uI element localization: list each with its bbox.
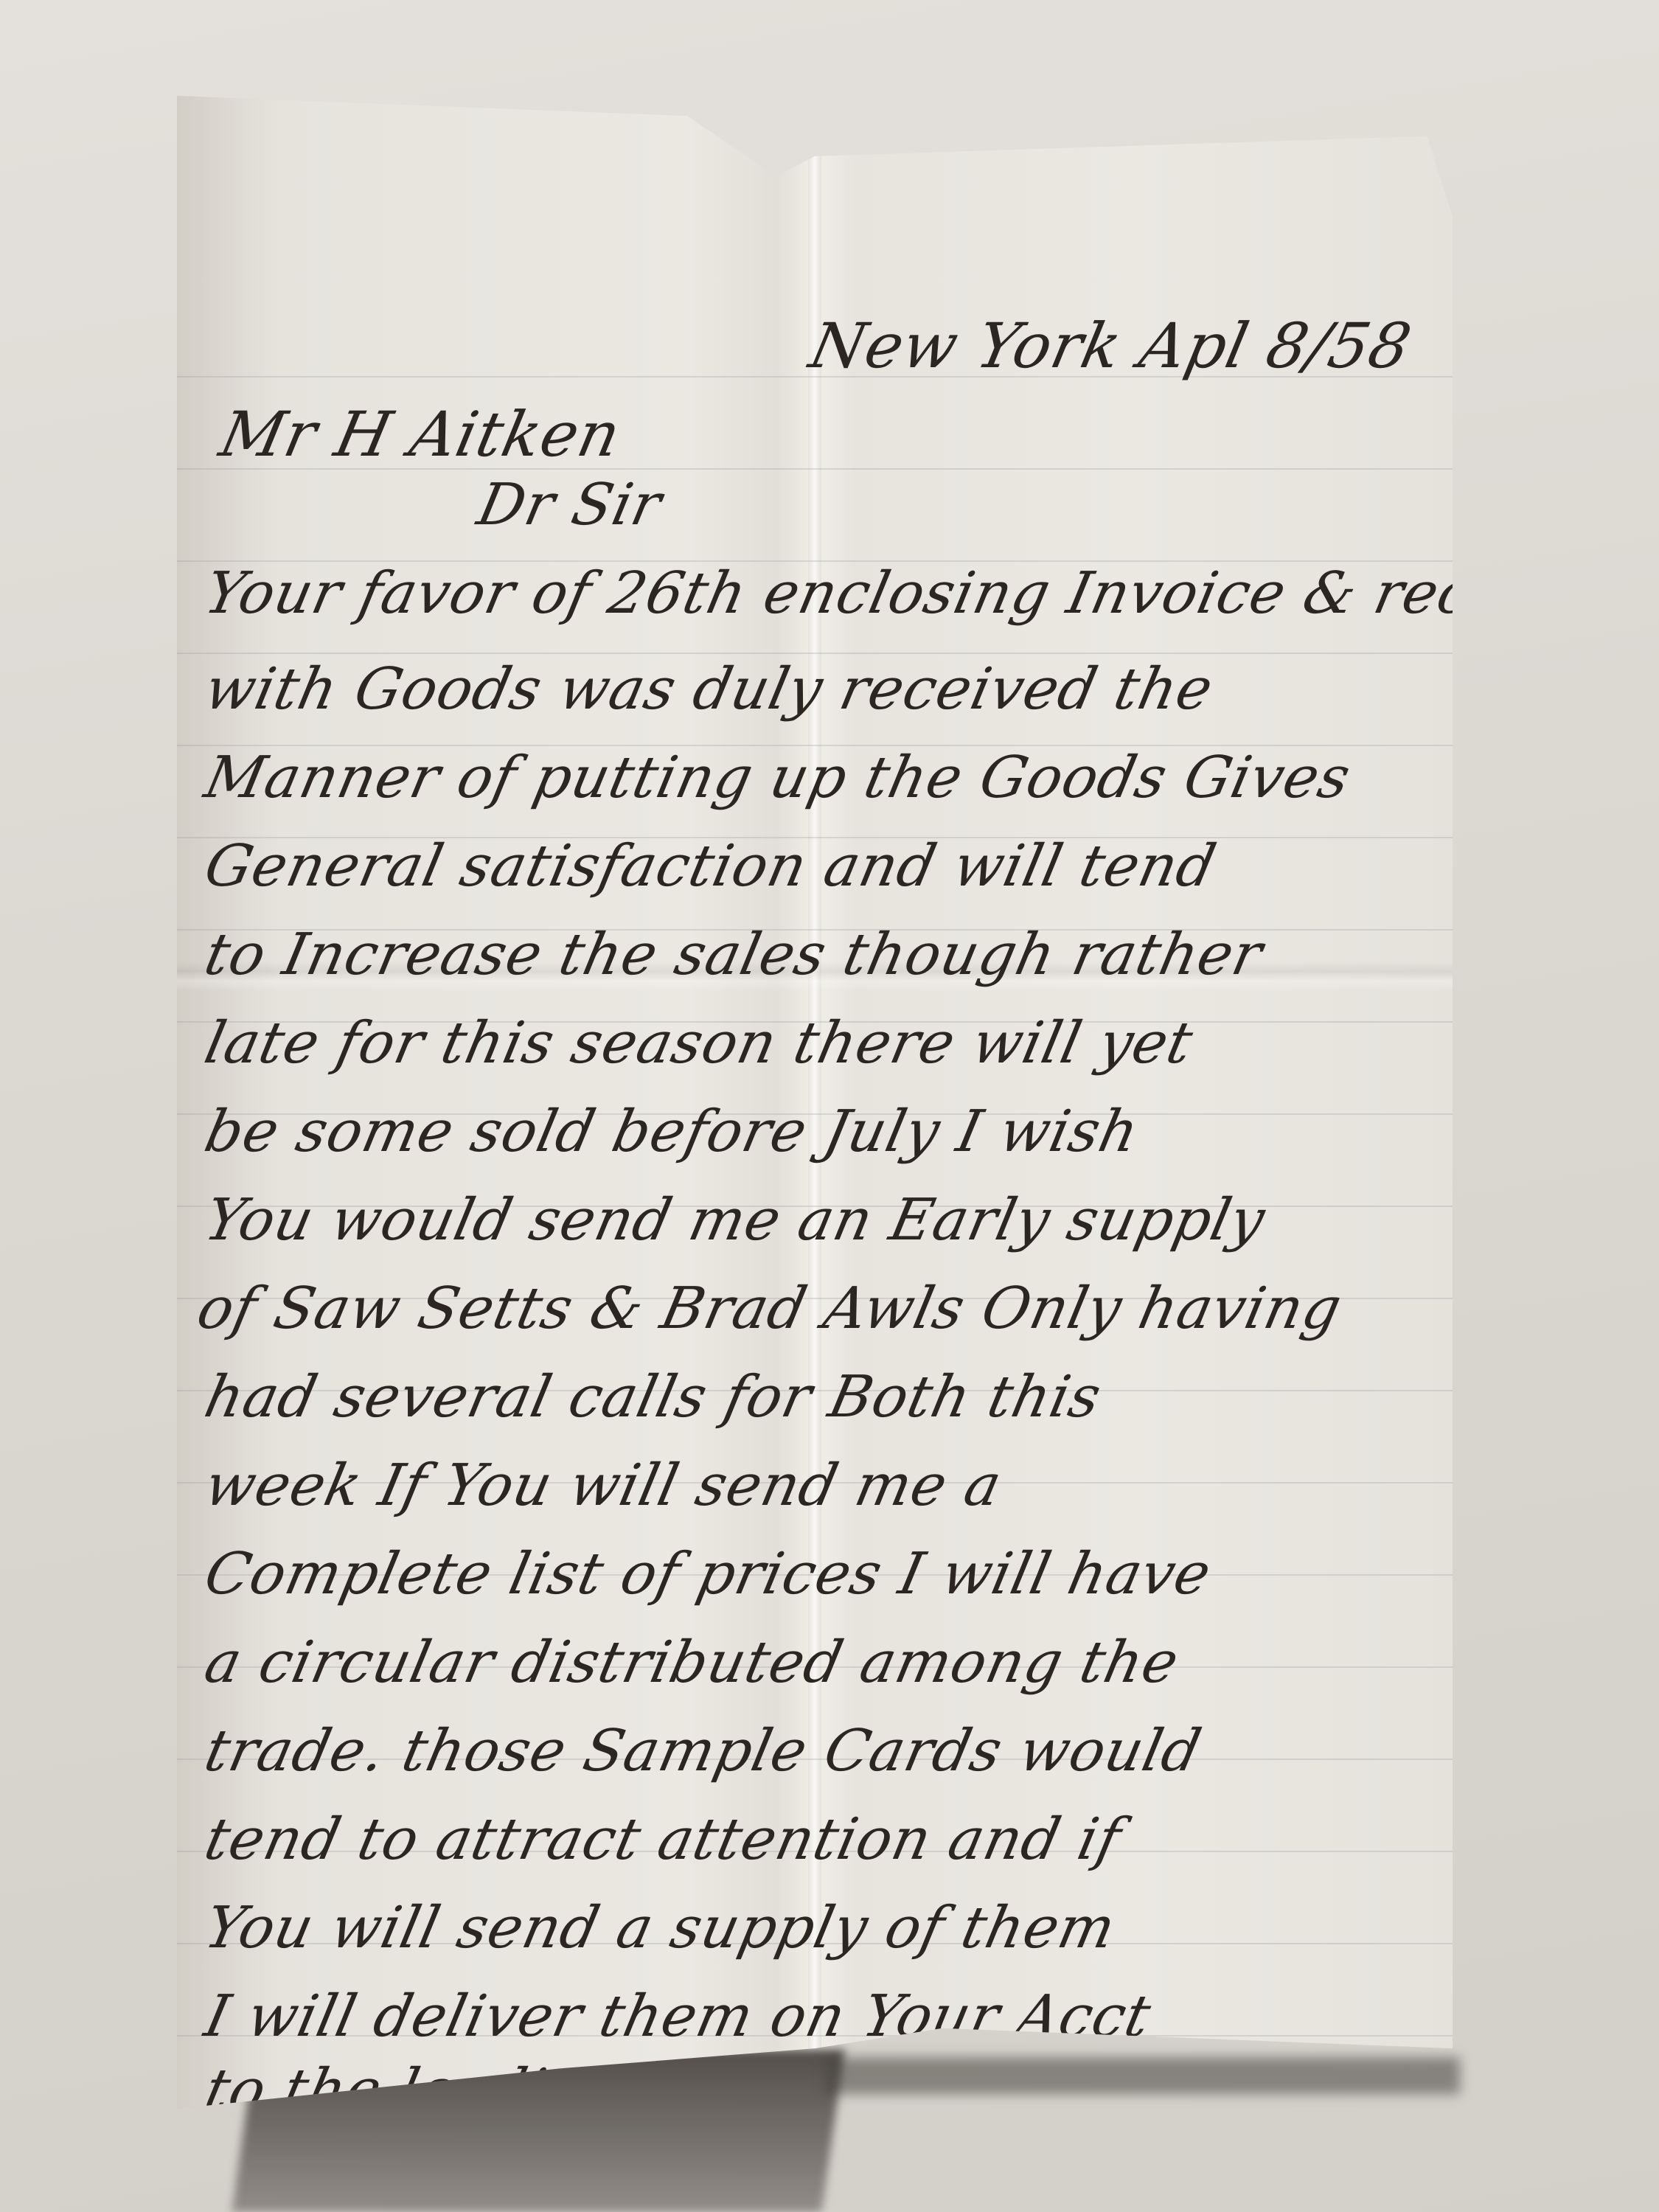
- body-line: You would send me an Early supply: [199, 1187, 1271, 1253]
- body-line: had several calls for Both this: [199, 1364, 1107, 1430]
- body-line: You will send a supply of them: [199, 1895, 1121, 1961]
- body-line: Your favor of 26th enclosing Invoice & r…: [199, 560, 1437, 627]
- body-line: with Goods was duly received the: [199, 656, 1219, 723]
- body-line: of Saw Setts & Brad Awls Only having: [192, 1276, 1348, 1342]
- body-line: tend to attract attention and if: [199, 1806, 1127, 1873]
- body-line: to Increase the sales though rather: [199, 922, 1268, 988]
- paper-shadow-right: [826, 2057, 1460, 2094]
- body-line: week If You will send me a: [199, 1453, 1007, 1519]
- body-line: be some sold before July I wish: [199, 1099, 1145, 1165]
- dateline: New York Apl 8/58: [804, 310, 1418, 382]
- body-line: Complete list of prices I will have: [199, 1541, 1217, 1607]
- body-line: General satisfaction and will tend: [199, 833, 1222, 900]
- body-line: Manner of putting up the Goods Gives: [199, 745, 1357, 811]
- letter-sheet: New York Apl 8/58 Mr H Aitken Dr Sir You…: [177, 96, 1453, 2109]
- body-line: trade. those Sample Cards would: [199, 1718, 1207, 1784]
- body-line: I will deliver them on Your Acct: [199, 1983, 1157, 2050]
- salutation-greeting: Dr Sir: [472, 472, 667, 538]
- salutation-name: Mr H Aitken: [214, 398, 627, 470]
- body-line: late for this season there will yet: [199, 1010, 1199, 1077]
- handwritten-text: New York Apl 8/58 Mr H Aitken Dr Sir You…: [177, 96, 1453, 2109]
- body-line: a circular distributed among the: [199, 1630, 1185, 1696]
